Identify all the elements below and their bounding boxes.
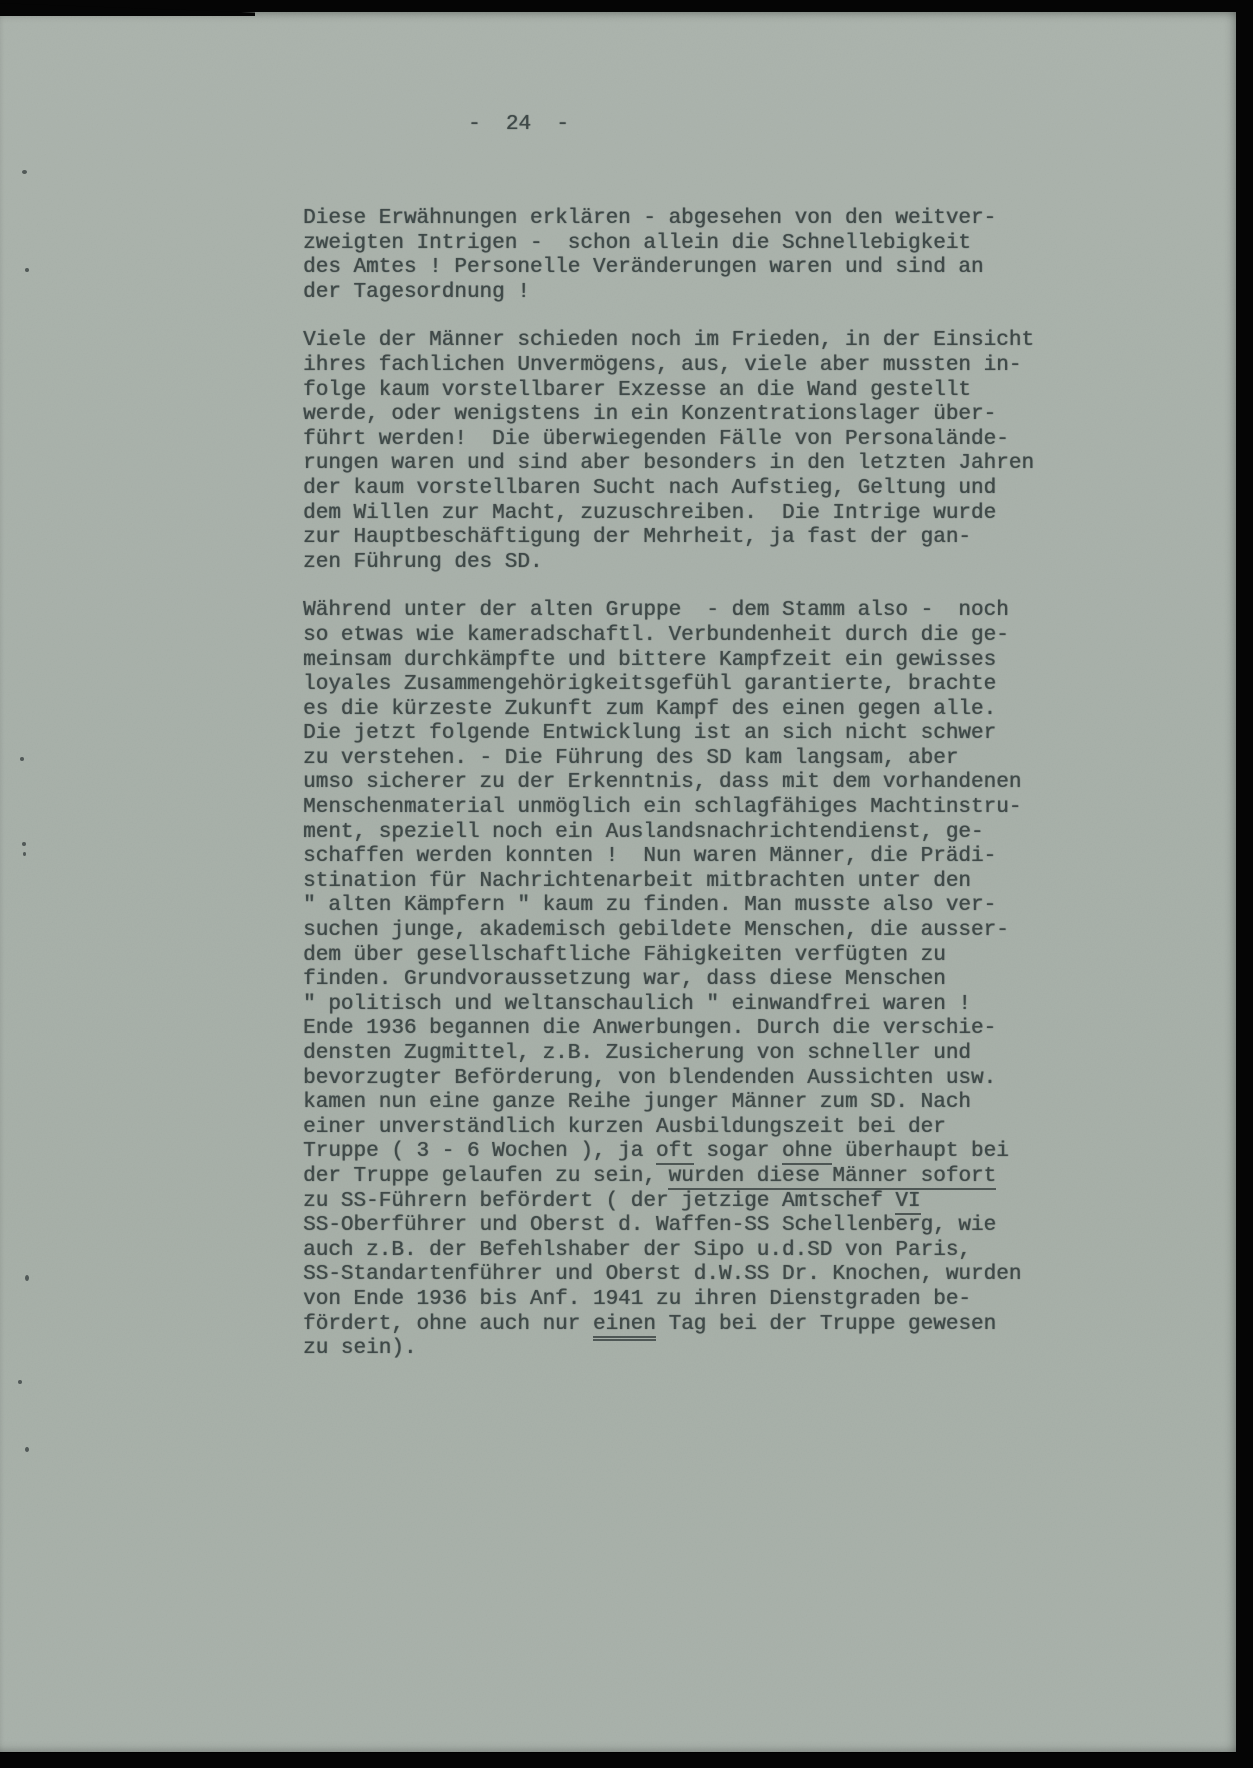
text-line: einer unverständlich kurzen Ausbildungsz… bbox=[303, 1116, 1063, 1141]
text-line: werde, oder wenigstens in ein Konzentrat… bbox=[303, 403, 1063, 428]
text-line: densten Zugmittel, z.B. Zusicherung von … bbox=[303, 1042, 1063, 1067]
text-line: Viele der Männer schieden noch im Friede… bbox=[303, 329, 1063, 354]
scanned-document-page: - 24 - Diese Erwähnungen erklären - abge… bbox=[0, 0, 1253, 1768]
text-line: so etwas wie kameradschaftl. Verbundenhe… bbox=[303, 624, 1063, 649]
text-line: Menschenmaterial unmöglich ein schlagfäh… bbox=[303, 796, 1063, 821]
text-line: suchen junge, akademisch gebildete Mensc… bbox=[303, 919, 1063, 944]
page-number: - 24 - bbox=[468, 113, 569, 138]
ink-speck bbox=[20, 757, 24, 761]
text-line: zweigten Intrigen - schon allein die Sch… bbox=[303, 232, 1063, 257]
text-line: auch z.B. der Befehlshaber der Sipo u.d.… bbox=[303, 1239, 1063, 1264]
ink-speck bbox=[23, 852, 26, 856]
paragraph: Viele der Männer schieden noch im Friede… bbox=[303, 329, 1063, 575]
text-line: ihres fachlichen Unvermögens, aus, viele… bbox=[303, 354, 1063, 379]
underlined-text: oft bbox=[656, 1140, 694, 1165]
text-line: Ende 1936 begannen die Anwerbungen. Durc… bbox=[303, 1017, 1063, 1042]
text-line: von Ende 1936 bis Anf. 1941 zu ihren Die… bbox=[303, 1288, 1063, 1313]
text-line: führt werden! Die überwiegenden Fälle vo… bbox=[303, 428, 1063, 453]
text-line: des Amtes ! Personelle Veränderungen war… bbox=[303, 256, 1063, 281]
text-line: " politisch und weltanschaulich " einwan… bbox=[303, 993, 1063, 1018]
text-line: Während unter der alten Gruppe - dem Sta… bbox=[303, 599, 1063, 624]
text-line: rungen waren und sind aber besonders in … bbox=[303, 452, 1063, 477]
ink-speck bbox=[22, 170, 27, 174]
text-line: " alten Kämpfern " kaum zu finden. Man m… bbox=[303, 894, 1063, 919]
text-line: zu verstehen. - Die Führung des SD kam l… bbox=[303, 747, 1063, 772]
text-line: dem Willen zur Macht, zuzuschreiben. Die… bbox=[303, 502, 1063, 527]
text-line: der kaum vorstellbaren Sucht nach Aufsti… bbox=[303, 477, 1063, 502]
text-line: folge kaum vorstellbarer Exzesse an die … bbox=[303, 379, 1063, 404]
text-line: zur Hauptbeschäftigung der Mehrheit, ja … bbox=[303, 526, 1063, 551]
scan-border-bottom bbox=[0, 1753, 1253, 1768]
text-line: schaffen werden konnten ! Nun waren Männ… bbox=[303, 845, 1063, 870]
text-line: fördert, ohne auch nur einen Tag bei der… bbox=[303, 1313, 1063, 1338]
text-line: stination für Nachrichtenarbeit mitbrach… bbox=[303, 870, 1063, 895]
text-line: zu SS-Führern befördert ( der jetzige Am… bbox=[303, 1190, 1063, 1215]
text-line: ment, speziell noch ein Auslandsnachrich… bbox=[303, 821, 1063, 846]
underlined-text: VI bbox=[895, 1190, 920, 1215]
text-line: zen Führung des SD. bbox=[303, 551, 1063, 576]
text-line: der Tagesordnung ! bbox=[303, 281, 1063, 306]
text-line: es die kürzeste Zukunft zum Kampf des ei… bbox=[303, 698, 1063, 723]
paragraph: Während unter der alten Gruppe - dem Sta… bbox=[303, 599, 1063, 1361]
document-text: Diese Erwähnungen erklären - abgesehen v… bbox=[303, 207, 1063, 1386]
text-line: bevorzugter Beförderung, von blendenden … bbox=[303, 1067, 1063, 1092]
text-line: zu sein). bbox=[303, 1337, 1063, 1362]
text-line: kamen nun eine ganze Reihe junger Männer… bbox=[303, 1091, 1063, 1116]
paragraph: Diese Erwähnungen erklären - abgesehen v… bbox=[303, 207, 1063, 305]
text-line: Diese Erwähnungen erklären - abgesehen v… bbox=[303, 207, 1063, 232]
ink-speck bbox=[25, 1275, 29, 1281]
underlined-text: wurden diese Männer sofort bbox=[668, 1165, 996, 1190]
text-line: der Truppe gelaufen zu sein, wurden dies… bbox=[303, 1165, 1063, 1190]
text-line: loyales Zusammengehörigkeitsgefühl garan… bbox=[303, 673, 1063, 698]
text-line: SS-Oberführer und Oberst d. Waffen-SS Sc… bbox=[303, 1214, 1063, 1239]
text-line: Die jetzt folgende Entwicklung ist an si… bbox=[303, 722, 1063, 747]
text-line: meinsam durchkämpfte und bittere Kampfze… bbox=[303, 649, 1063, 674]
paper-sheet: - 24 - Diese Erwähnungen erklären - abge… bbox=[0, 12, 1237, 1752]
text-line: finden. Grundvoraussetzung war, dass die… bbox=[303, 968, 1063, 993]
ink-speck bbox=[25, 268, 29, 272]
ink-speck bbox=[18, 1380, 22, 1384]
underlined-text: ohne bbox=[782, 1140, 832, 1165]
scan-border-right bbox=[1236, 0, 1253, 1768]
text-line: dem über gesellschaftliche Fähigkeiten v… bbox=[303, 944, 1063, 969]
typewritten-text-layer: - 24 - Diese Erwähnungen erklären - abge… bbox=[0, 12, 1237, 1752]
ink-speck bbox=[22, 842, 26, 846]
text-line: Truppe ( 3 - 6 Wochen ), ja oft sogar oh… bbox=[303, 1140, 1063, 1165]
ink-speck bbox=[25, 1447, 29, 1452]
double-underlined-text: einen bbox=[593, 1313, 656, 1341]
text-line: SS-Standartenführer und Oberst d.W.SS Dr… bbox=[303, 1263, 1063, 1288]
text-line: umso sicherer zu der Erkenntnis, dass mi… bbox=[303, 771, 1063, 796]
